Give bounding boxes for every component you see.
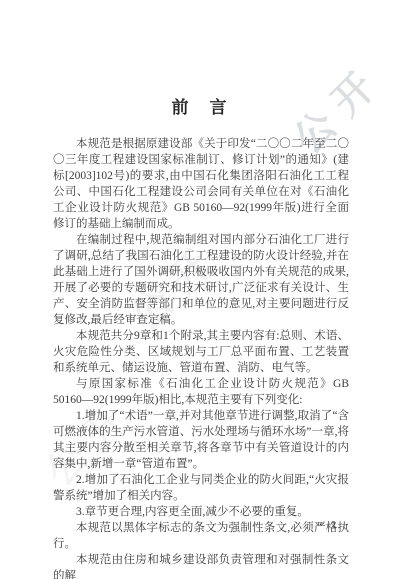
paragraph: 3.章节更合理,内容更全面,减少不必要的重复。 <box>53 504 349 520</box>
paragraph: 在编制过程中,规范编制组对国内部分石油化工厂进行了调研,总结了我国石油化工工程建… <box>53 232 349 328</box>
paragraph: 本规范共分9章和1个附录,其主要内容有:总则、术语、火灾危险性分类、区域规划与工… <box>53 328 349 376</box>
document-page: 公开 公开 公开 前 言 本规范是根据原建设部《关于印发“二〇〇二年至二〇〇三年… <box>0 0 400 579</box>
paragraph: 与原国家标准《石油化工企业设计防火规范》GB 50160—92(1999年版)相… <box>53 376 349 408</box>
page-title: 前 言 <box>0 93 400 118</box>
paragraph: 1.增加了“术语”一章,并对其他章节进行调整,取消了“含可燃液体的生产污水管道、… <box>53 408 349 472</box>
paragraph: 本规范由住房和城乡建设部负责管理和对强制性条文的解 <box>53 552 349 579</box>
page-number: · 1 · <box>319 519 352 531</box>
paragraph: 本规范是根据原建设部《关于印发“二〇〇二年至二〇〇三年度工程建设国家标准制订、修… <box>53 136 349 232</box>
foreword-body: 本规范是根据原建设部《关于印发“二〇〇二年至二〇〇三年度工程建设国家标准制订、修… <box>53 136 349 579</box>
paragraph: 本规范以黑体字标志的条文为强制性条文,必须严格执行。 <box>53 520 349 552</box>
paragraph: 2.增加了石油化工企业与同类企业的防火间距,“火灾报警系统”增加了相关内容。 <box>53 472 349 504</box>
